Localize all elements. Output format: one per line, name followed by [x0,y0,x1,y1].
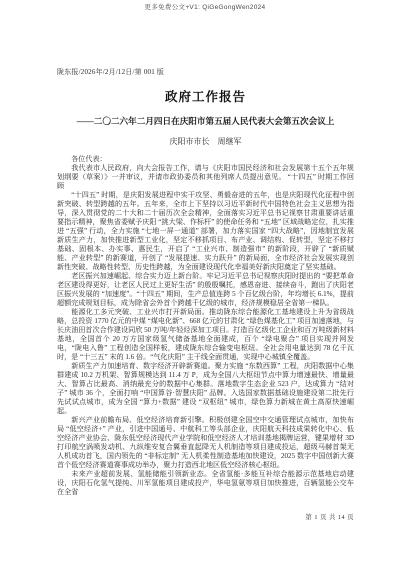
byline-name: 周继军 [218,137,242,146]
byline: 庆阳市市长周继军 [57,136,354,147]
body-paragraph: 能源化工多元突破、工业兴市打开新局面。推动陇东综合能源化工基地建设上升为省级战略… [57,308,354,362]
body-paragraph: 新质生产力加速培育、数字经济开辟新赛道。聚力实施 “东数西算” 工程，庆阳数据中… [57,362,354,416]
page-number: 第 1 页 共 14 页 [305,512,354,521]
body-paragraph: 老区振兴加速崛起、综合实力迈上新台阶。牢记习近平总书记视察庆阳时提出的 “要把革… [57,272,354,308]
salutation: 各位代表： [57,155,354,164]
body-paragraph: 我代表市人民政府，向大会报告工作，请与《庆阳市国民经济和社会发展第十五个五年规划… [57,164,354,191]
report-body: 各位代表： 我代表市人民政府，向大会报告工作，请与《庆阳市国民经济和社会发展第十… [57,155,354,497]
page-title: 政府工作报告 [57,87,354,105]
document-page: 更多免费公文+V1: QiGeGongWen2024 陇东报/2026年/2月/… [0,0,410,580]
byline-role: 庆阳市市长 [170,137,210,146]
body-paragraph: “十四五” 时期，是庆阳发展进程中实干攻坚、勇毅奋进的五年，也是庆阳现代化征程中… [57,191,354,272]
watermark-text: 更多免费公文+V1: QiGeGongWen2024 [0,2,410,11]
body-paragraph: 未来产业超前发展、氢能储能引领新业态。全省氢能·多能互补综合能源示范基地启动建设… [57,470,354,497]
body-paragraph: 新兴产业前瞻布局、低空经济培育新引擎。积极创建全国空中交通管理试点城市，加快布局… [57,416,354,470]
document-subtitle: ——二〇二六年二月四日在庆阳市第五届人民代表大会第五次会议上 [57,115,354,127]
masthead: 陇东报/2026年/2月/12日/第 001 版 [57,67,354,77]
document-content: 陇东报/2026年/2月/12日/第 001 版 政府工作报告 ——二〇二六年二… [57,67,354,497]
